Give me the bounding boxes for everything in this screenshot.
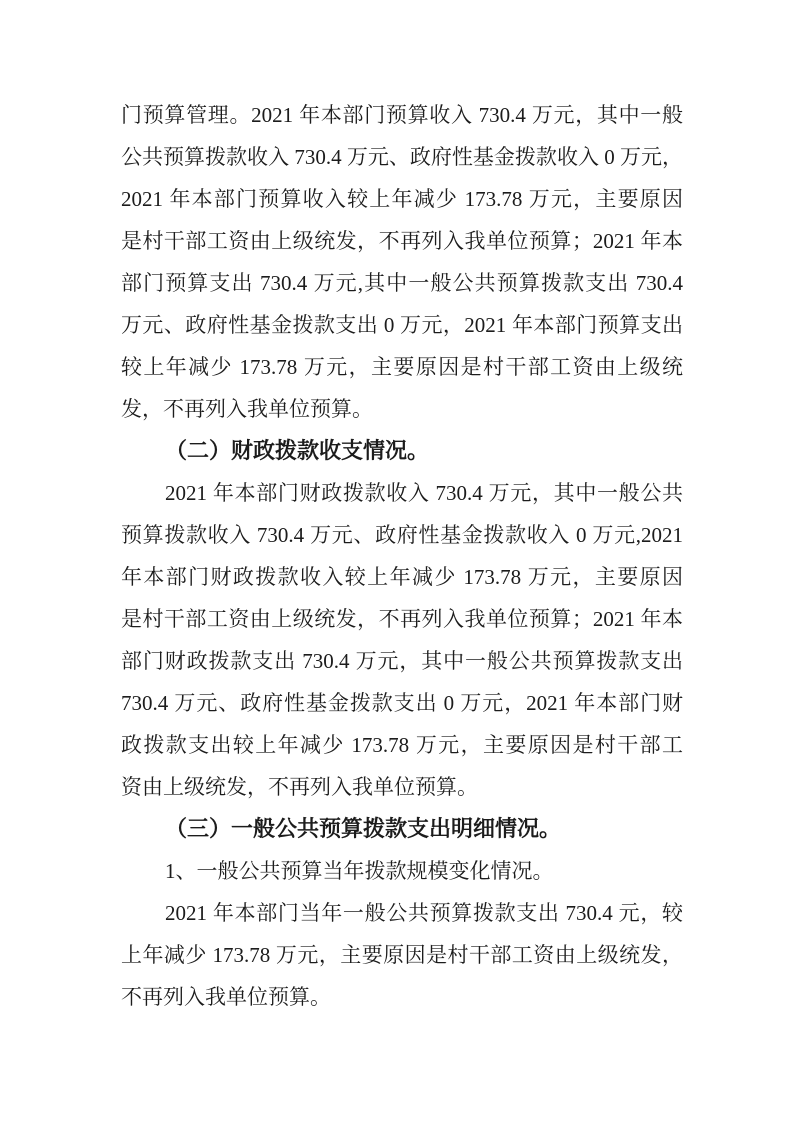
text-line: 公共预算拨款收入 730.4 万元、政府性基金拨款收入 0 万元， [121,136,683,178]
text-line: 1、一般公共预算当年拨款规模变化情况。 [121,850,683,892]
text-line: 政拨款支出较上年减少 173.78 万元，主要原因是村干部工 [121,724,683,766]
text-line: 730.4 万元、政府性基金拨款支出 0 万元，2021 年本部门财 [121,682,683,724]
text-line: 上年减少 173.78 万元，主要原因是村干部工资由上级统发， [121,934,683,976]
document-page: 门预算管理。2021 年本部门预算收入 730.4 万元，其中一般公共预算拨款收… [0,0,793,1122]
text-line: 预算拨款收入 730.4 万元、政府性基金拨款收入 0 万元,2021 [121,514,683,556]
text-line: 门预算管理。2021 年本部门预算收入 730.4 万元，其中一般 [121,94,683,136]
text-line: 部门财政拨款支出 730.4 万元，其中一般公共预算拨款支出 [121,640,683,682]
section-heading: （三）一般公共预算拨款支出明细情况。 [121,808,683,850]
text-line: 发，不再列入我单位预算。 [121,388,683,430]
text-line: 是村干部工资由上级统发，不再列入我单位预算；2021 年本 [121,220,683,262]
document-body: 门预算管理。2021 年本部门预算收入 730.4 万元，其中一般公共预算拨款收… [121,94,683,1018]
text-line: 是村干部工资由上级统发，不再列入我单位预算；2021 年本 [121,598,683,640]
text-line: 万元、政府性基金拨款支出 0 万元，2021 年本部门预算支出 [121,304,683,346]
text-line: 较上年减少 173.78 万元，主要原因是村干部工资由上级统 [121,346,683,388]
text-line: 2021 年本部门财政拨款收入 730.4 万元，其中一般公共 [121,472,683,514]
text-line: 不再列入我单位预算。 [121,976,683,1018]
text-line: 2021 年本部门预算收入较上年减少 173.78 万元，主要原因 [121,178,683,220]
text-line: 年本部门财政拨款收入较上年减少 173.78 万元，主要原因 [121,556,683,598]
text-line: 2021 年本部门当年一般公共预算拨款支出 730.4 元，较 [121,892,683,934]
text-line: 资由上级统发，不再列入我单位预算。 [121,766,683,808]
section-heading: （二）财政拨款收支情况。 [121,430,683,472]
text-line: 部门预算支出 730.4 万元,其中一般公共预算拨款支出 730.4 [121,262,683,304]
